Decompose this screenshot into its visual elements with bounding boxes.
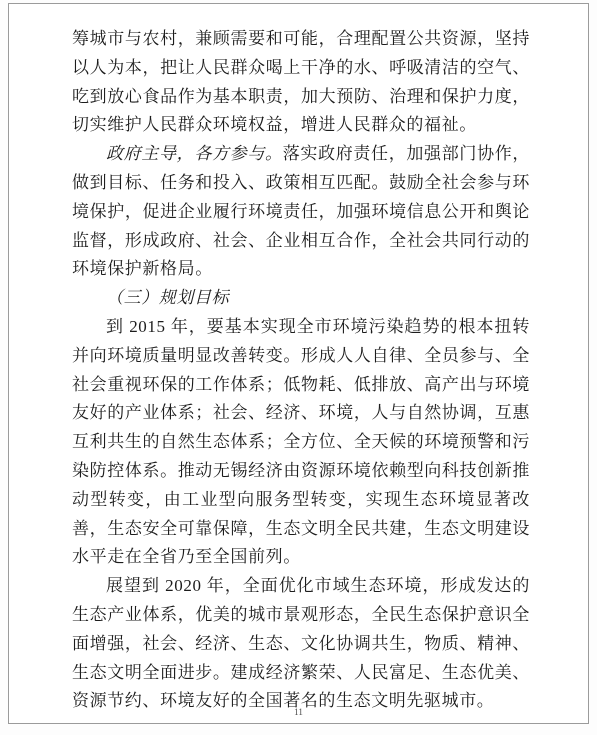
paragraph-text: 展望到 2020 年，全面优化市域生态环境，形成发达的生态产业体系，优美的城市景… [72, 576, 530, 710]
paragraph: 展望到 2020 年，全面优化市域生态环境，形成发达的生态产业体系，优美的城市景… [72, 572, 530, 716]
lead-phrase: 政府主导，各方参与。 [106, 144, 283, 163]
paragraph-text: 落实政府责任，加强部门协作，做到目标、任务和投入、政策相互匹配。鼓励全社会参与环… [72, 144, 530, 278]
page-content: 筹城市与农村，兼顾需要和可能，合理配置公共资源，坚持以人为本，把让人民群众喝上干… [72, 25, 530, 716]
paragraph: 政府主导，各方参与。落实政府责任，加强部门协作，做到目标、任务和投入、政策相互匹… [72, 140, 530, 284]
paragraph-text: 筹城市与农村，兼顾需要和可能，合理配置公共资源，坚持以人为本，把让人民群众喝上干… [72, 29, 530, 134]
section-heading: （三）规划目标 [72, 284, 530, 313]
paragraph: 到 2015 年，要基本实现全市环境污染趋势的根本扭转并向环境质量明显改善转变。… [72, 313, 530, 572]
document-page: 筹城市与农村，兼顾需要和可能，合理配置公共资源，坚持以人为本，把让人民群众喝上干… [8, 3, 589, 724]
paragraph-text: 到 2015 年，要基本实现全市环境污染趋势的根本扭转并向环境质量明显改善转变。… [72, 317, 530, 566]
paragraph-continuation: 筹城市与农村，兼顾需要和可能，合理配置公共资源，坚持以人为本，把让人民群众喝上干… [72, 25, 530, 140]
page-number: 11 [9, 707, 588, 717]
